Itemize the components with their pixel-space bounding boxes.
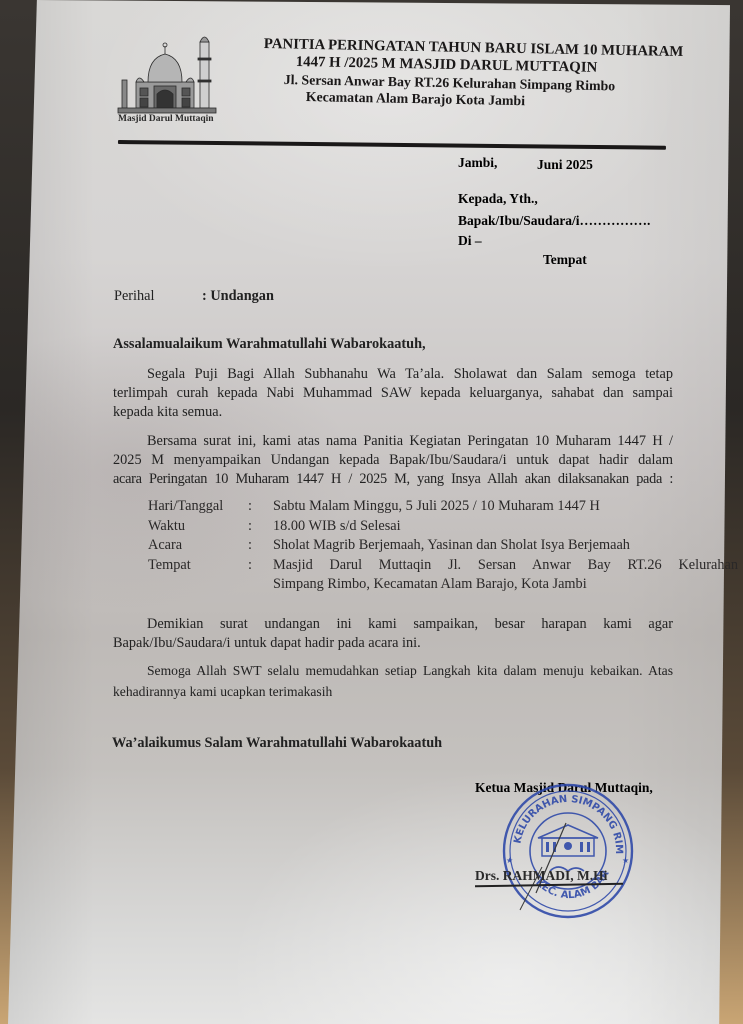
detail-separator: :	[248, 497, 273, 517]
detail-value: Masjid Darul Muttaqin Jl. Sersan Anwar B…	[273, 556, 738, 595]
recipient-name: Bapak/Ibu/Saudara/i…………….	[458, 213, 650, 229]
recipient-place: Tempat	[543, 252, 587, 268]
paragraph-intro: Segala Puji Bagi Allah Subhanahu Wa Ta’a…	[113, 365, 673, 422]
table-row: Acara : Sholat Magrib Berjemaah, Yasinan…	[148, 536, 738, 556]
subject-label: Perihal	[114, 288, 155, 305]
detail-value-line: Simpang Rimbo, Kecamatan Alam Barajo, Ko…	[273, 575, 738, 595]
paragraph-line: Semoga Allah SWT selalu memudahkan setia…	[113, 656, 673, 686]
detail-value: 18.00 WIB s/d Selesai	[273, 517, 738, 537]
detail-value: Sholat Magrib Berjemaah, Yasinan dan Sho…	[273, 536, 738, 556]
paragraph-line: Demikian surat undangan ini kami sampaik…	[113, 615, 673, 634]
paragraph-prayer: Semoga Allah SWT selalu memudahkan setia…	[113, 656, 673, 698]
paragraph-line: kepada kita semua.	[113, 403, 673, 422]
subject-value: : Undangan	[202, 288, 274, 305]
detail-separator: :	[248, 556, 273, 595]
detail-label: Acara	[148, 536, 248, 556]
paragraph-line: acara Peringatan 10 Muharam 1447 H / 202…	[113, 470, 673, 489]
paragraph-line: kehadirannya kami ucapkan terimakasih	[113, 686, 673, 698]
recipient-to: Kepada, Yth.,	[458, 191, 538, 207]
detail-value-line: Masjid Darul Muttaqin Jl. Sersan Anwar B…	[273, 556, 738, 576]
table-row: Tempat : Masjid Darul Muttaqin Jl. Sersa…	[148, 556, 738, 595]
paragraph-line: terlimpah curah kepada Nabi Muhammad SAW…	[113, 384, 673, 403]
detail-label: Hari/Tanggal	[148, 497, 248, 517]
paragraph-closing-hope: Demikian surat undangan ini kami sampaik…	[113, 615, 673, 653]
svg-text:★: ★	[622, 856, 629, 865]
official-stamp-icon: KELURAHAN SIMPANG RIMBO KEC. ALAM BARAJO…	[498, 775, 638, 920]
detail-label: Tempat	[148, 556, 248, 595]
svg-text:★: ★	[506, 856, 513, 865]
detail-separator: :	[248, 517, 273, 537]
date-value: Juni 2025	[537, 157, 593, 173]
event-details-table: Hari/Tanggal : Sabtu Malam Minggu, 5 Jul…	[148, 497, 738, 595]
paragraph-line: Bapak/Ibu/Saudara/i untuk dapat hadir pa…	[113, 634, 673, 653]
greeting: Assalamualaikum Warahmatullahi Wabarokaa…	[113, 336, 426, 353]
paragraph-line: Bersama surat ini, kami atas nama Paniti…	[113, 432, 673, 451]
paragraph-invitation: Bersama surat ini, kami atas nama Paniti…	[113, 432, 673, 489]
closing-salutation: Wa’alaikumus Salam Warahmatullahi Wabaro…	[112, 735, 442, 752]
detail-separator: :	[248, 536, 273, 556]
detail-value: Sabtu Malam Minggu, 5 Juli 2025 / 10 Muh…	[273, 497, 738, 517]
logo-caption: Masjid Darul Muttaqin	[118, 114, 214, 124]
mosque-icon	[114, 28, 224, 128]
signatory-name: Drs. RAHMADI, M.Hi	[475, 868, 607, 884]
recipient-at: Di –	[458, 233, 482, 249]
paragraph-line: 2025 M menyampaikan Undangan kepada Bapa…	[113, 451, 673, 470]
table-row: Waktu : 18.00 WIB s/d Selesai	[148, 517, 738, 537]
table-row: Hari/Tanggal : Sabtu Malam Minggu, 5 Jul…	[148, 497, 738, 517]
detail-label: Waktu	[148, 517, 248, 537]
date-city: Jambi,	[458, 155, 497, 171]
paragraph-line: Segala Puji Bagi Allah Subhanahu Wa Ta’a…	[113, 365, 673, 384]
